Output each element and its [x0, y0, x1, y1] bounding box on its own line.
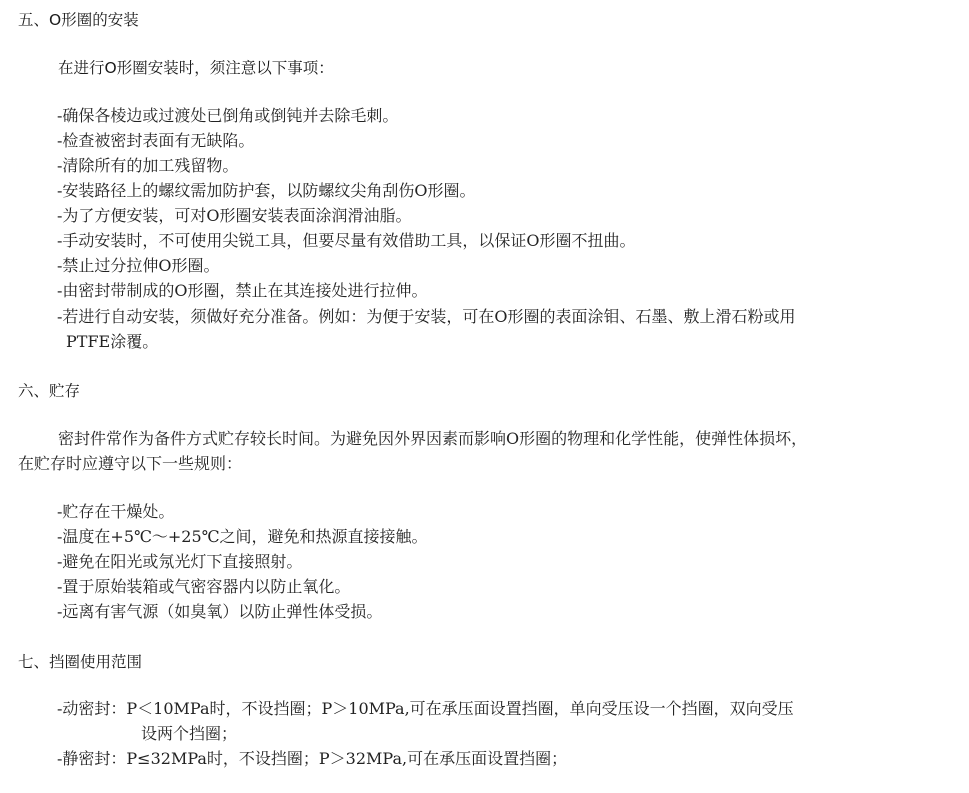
list-item: -静密封：P≤32MPa时，不设挡圈；P＞32MPa,可在承压面设置挡圈； [57, 749, 567, 769]
list-item: -避免在阳光或氖光灯下直接照射。 [57, 552, 302, 572]
list-item: -贮存在干燥处。 [57, 502, 174, 522]
section-7-heading: 七、挡圈使用范围 [18, 652, 142, 672]
section-5-heading: 五、O形圈的安装 [18, 10, 139, 30]
list-item: -清除所有的加工残留物。 [57, 156, 238, 176]
list-item: -检查被密封表面有无缺陷。 [57, 131, 254, 151]
list-item: -禁止过分拉伸O形圈。 [57, 256, 220, 276]
list-item: -由密封带制成的O形圈，禁止在其连接处进行拉伸。 [57, 281, 428, 301]
section-6-paragraph-line-1: 密封件常作为备件方式贮存较长时间。为避免因外界因素而影响O形圈的物理和化学性能，… [58, 429, 807, 449]
list-item: -安装路径上的螺纹需加防护套，以防螺纹尖角刮伤O形圈。 [57, 181, 476, 201]
section-5-intro: 在进行O形圈安装时，须注意以下事项： [58, 58, 334, 78]
list-item: -确保各棱边或过渡处已倒角或倒钝并去除毛刺。 [57, 106, 398, 126]
section-6-heading: 六、贮存 [18, 381, 80, 401]
section-6-paragraph-line-2: 在贮存时应遵守以下一些规则： [18, 454, 242, 474]
list-item: -若进行自动安装，须做好充分准备。例如：为便于安装，可在O形圈的表面涂钼、石墨、… [57, 307, 796, 327]
list-item: -远离有害气源（如臭氧）以防止弹性体受损。 [57, 602, 382, 622]
list-item-continuation: 设两个挡圈； [141, 724, 237, 744]
list-item-continuation: PTFE涂覆。 [66, 332, 158, 352]
list-item: -置于原始装箱或气密容器内以防止氧化。 [57, 577, 350, 597]
list-item: -温度在+5℃～+25℃之间，避免和热源直接接触。 [57, 527, 428, 547]
list-item: -为了方便安装，可对O形圈安装表面涂润滑油脂。 [57, 206, 412, 226]
list-item: -手动安装时，不可使用尖锐工具，但要尽量有效借助工具，以保证O形圈不扭曲。 [57, 231, 636, 251]
list-item: -动密封：P＜10MPa时，不设挡圈；P＞10MPa,可在承压面设置挡圈，单向受… [57, 699, 794, 719]
